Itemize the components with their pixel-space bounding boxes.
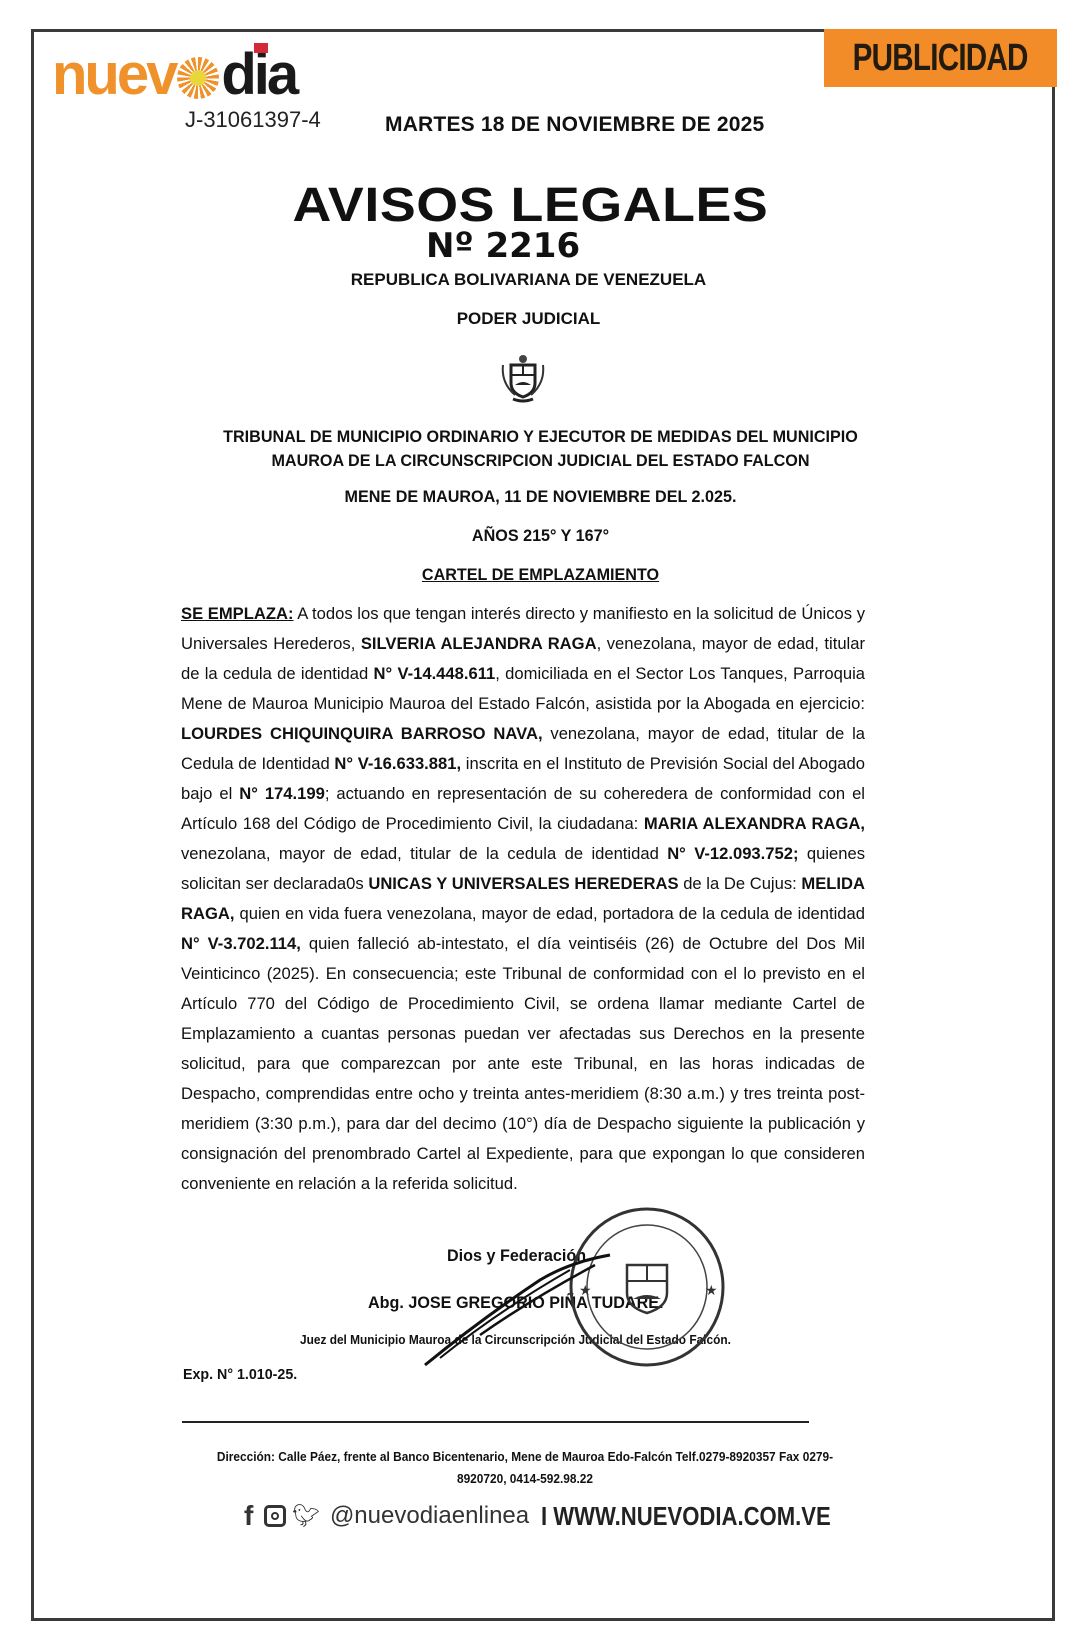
- body-text: quien falleció ab-intestato, el día vein…: [181, 934, 865, 1193]
- body-bold: MARIA ALEXANDRA RAGA,: [644, 814, 865, 833]
- footer-address: Dirección: Calle Páez, frente al Banco B…: [207, 1446, 844, 1490]
- notice-type-text: CARTEL DE EMPLAZAMIENTO: [422, 565, 659, 584]
- court-heading: TRIBUNAL DE MUNICIPIO ORDINARIO Y EJECUT…: [27, 425, 1054, 473]
- publicidad-badge: PUBLICIDAD: [824, 29, 1057, 87]
- instagram-icon[interactable]: [264, 1505, 286, 1527]
- years-line: AÑOS 215° Y 167°: [27, 526, 1054, 546]
- court-heading-line2: MAUROA DE LA CIRCUNSCRIPCION JUDICIAL DE…: [27, 449, 1054, 473]
- footer-divider: [182, 1421, 809, 1423]
- body-text: de la De Cujus:: [679, 874, 802, 893]
- judicial-power-heading: PODER JUDICIAL: [0, 309, 1069, 329]
- page-title: AVISOS LEGALES: [0, 178, 1081, 233]
- body-bold: N° V-16.633.881,: [334, 754, 461, 773]
- body-bold: LOURDES CHIQUINQUIRA BARROSO NAVA,: [181, 724, 543, 743]
- publication-date: MARTES 18 DE NOVIEMBRE DE 2025: [385, 113, 764, 137]
- social-handle[interactable]: @nuevodiaenlinea: [330, 1502, 529, 1530]
- body-bold: N° V-14.448.611: [374, 664, 496, 683]
- page-title-text: AVISOS LEGALES: [293, 178, 769, 233]
- signature-icon: [420, 1240, 620, 1370]
- body-bold: SILVERIA ALEJANDRA RAGA: [361, 634, 597, 653]
- body-bold: N° V-3.702.114,: [181, 934, 301, 953]
- notice-body: SE EMPLAZA: A todos los que tengan inter…: [181, 599, 865, 1199]
- republic-heading: REPUBLICA BOLIVARIANA DE VENEZUELA: [0, 270, 1069, 290]
- file-number: Exp. N° 1.010-25.: [183, 1366, 297, 1383]
- facebook-icon[interactable]: f: [244, 1500, 258, 1532]
- website-link[interactable]: I WWW.NUEVODIA.COM.VE: [541, 1501, 831, 1532]
- body-bold: UNICAS Y UNIVERSALES HEREDERAS: [368, 874, 678, 893]
- website-text: WWW.NUEVODIA.COM.VE: [553, 1501, 830, 1531]
- sun-icon: [177, 57, 219, 99]
- court-heading-line1: TRIBUNAL DE MUNICIPIO ORDINARIO Y EJECUT…: [27, 425, 1054, 449]
- body-lead: SE EMPLAZA:: [181, 604, 294, 623]
- twitter-icon[interactable]: 🐦︎: [292, 1503, 320, 1529]
- nuevodia-logo: nuev dia: [52, 48, 296, 104]
- notice-type-heading: CARTEL DE EMPLAZAMIENTO: [27, 565, 1054, 585]
- body-bold: N° V-12.093.752;: [667, 844, 798, 863]
- coat-of-arms-icon: [497, 353, 549, 403]
- rif-number: J-31061397-4: [185, 107, 321, 133]
- logo-text-left: nuev: [52, 46, 175, 104]
- logo-text-right: dia: [221, 46, 296, 104]
- separator: I: [541, 1501, 547, 1531]
- body-bold: N° 174.199: [239, 784, 325, 803]
- body-text: quien en vida fuera venezolana, mayor de…: [234, 904, 865, 923]
- address-line2: 8920720, 0414-592.98.22: [207, 1468, 844, 1490]
- svg-text:★: ★: [705, 1282, 718, 1298]
- address-line1: Dirección: Calle Páez, frente al Banco B…: [207, 1446, 844, 1468]
- body-text: venezolana, mayor de edad, titular de la…: [181, 844, 667, 863]
- publicidad-label: PUBLICIDAD: [853, 37, 1028, 80]
- social-bar: f 🐦︎ @nuevodiaenlinea I WWW.NUEVODIA.COM…: [244, 1500, 882, 1532]
- place-date: MENE DE MAUROA, 11 DE NOVIEMBRE DEL 2.02…: [27, 487, 1054, 507]
- notice-number: Nº 2216: [426, 226, 580, 266]
